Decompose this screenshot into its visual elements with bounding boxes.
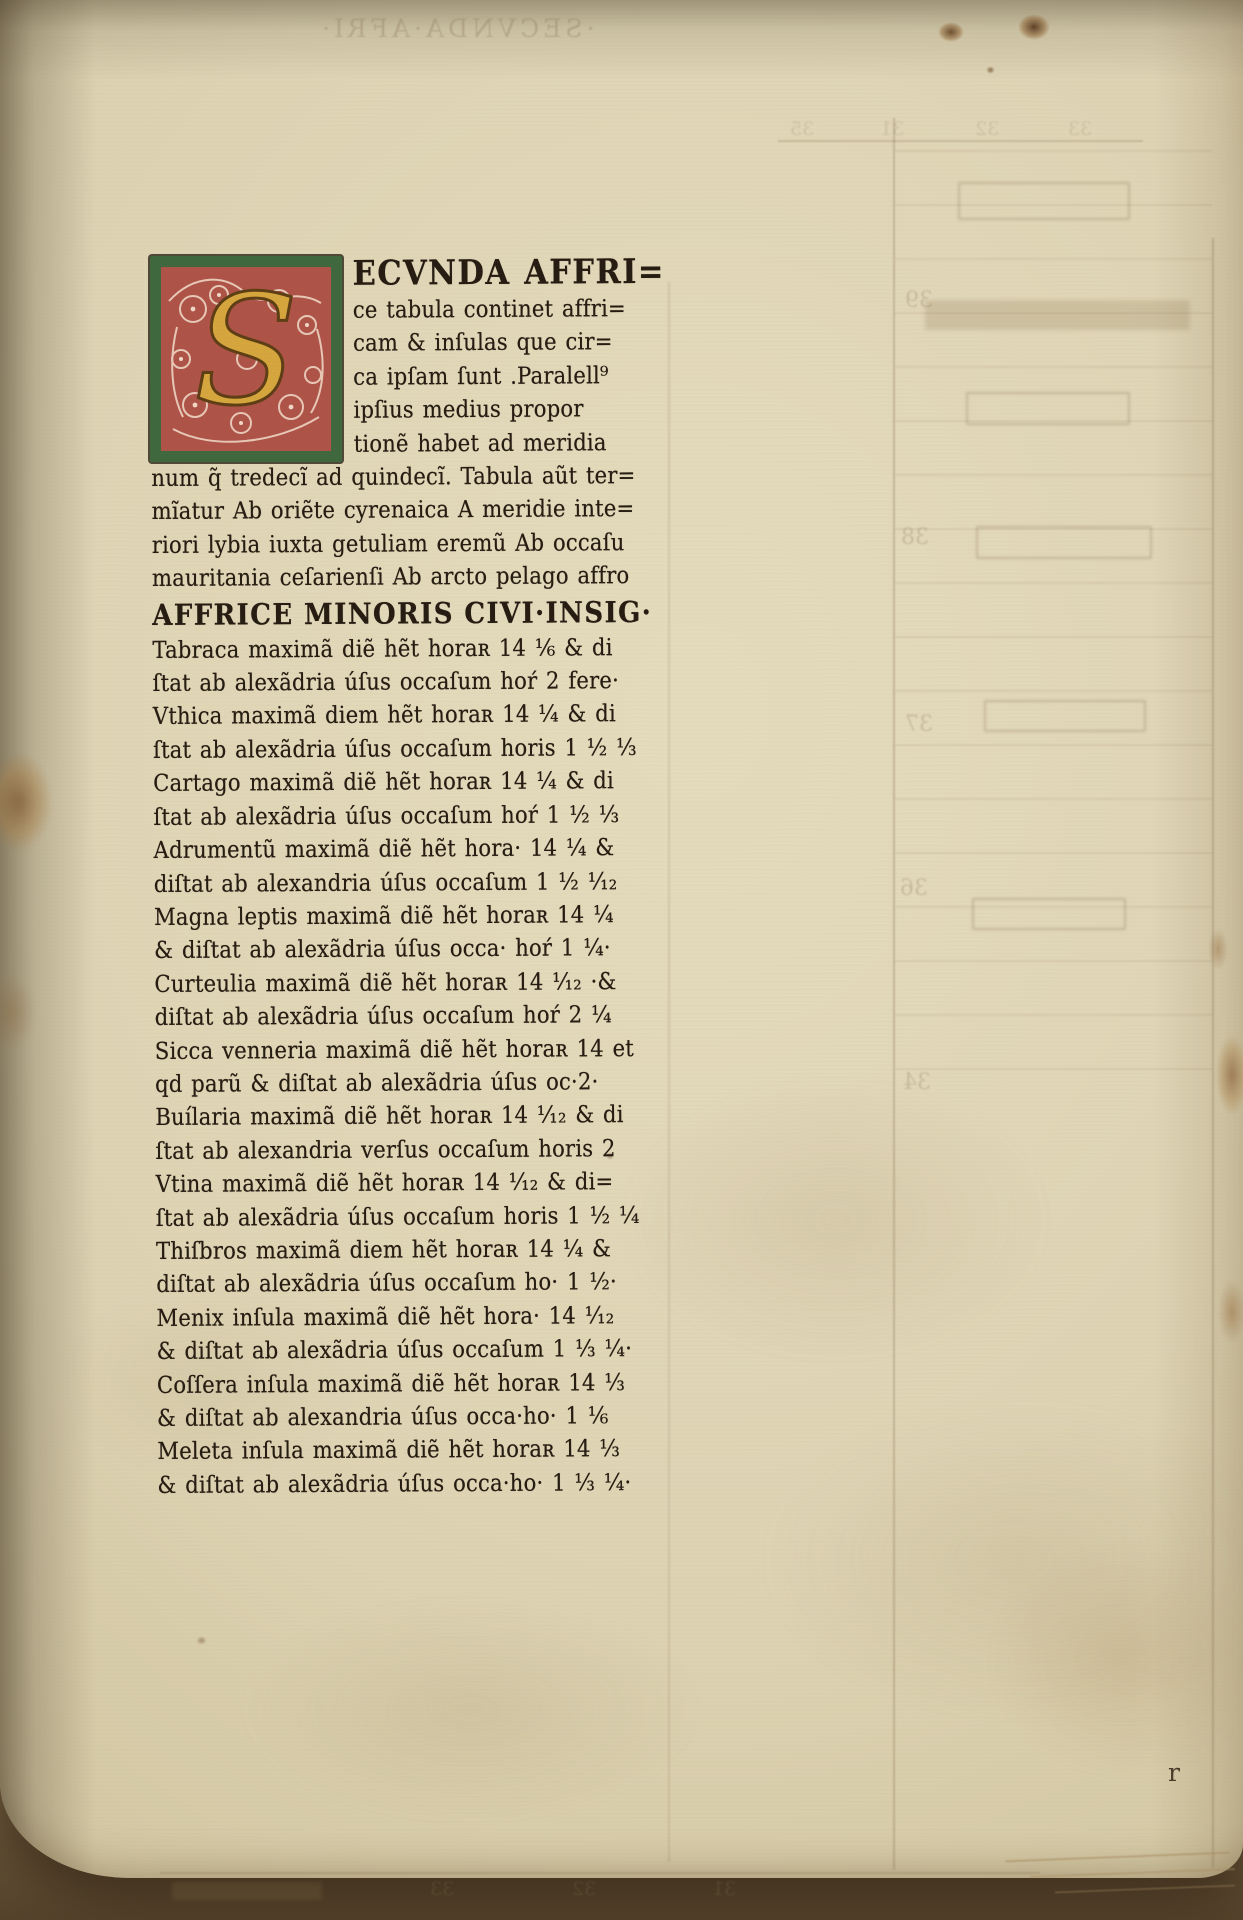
showthrough-number: 31 <box>880 118 904 140</box>
text-line: ſtat ab alexãdria úſus occaſum hoŕ 1 ½ ⅓ <box>153 797 711 834</box>
stain <box>0 752 52 852</box>
text-line: ſtat ab alexãdria úſus occaſum horis 1 ½… <box>153 730 711 767</box>
showthrough-text-band <box>172 1882 322 1900</box>
showthrough-label-box <box>976 526 1152 559</box>
showthrough-number: 35 <box>790 118 814 140</box>
text-line: Thiſbros maximã diem hẽt horaʀ 14 ¼ & <box>156 1232 714 1269</box>
showthrough-table-rows <box>895 150 1212 1110</box>
section-heading: AFFRICE MINORIS CIVI·INSIG· <box>152 593 710 633</box>
stain <box>938 22 964 42</box>
showthrough-table-line <box>893 118 895 1870</box>
stain <box>986 66 995 74</box>
text-line: Vtina maximã diẽ hẽt horaʀ 14 ¹⁄₁₂ & di= <box>156 1165 714 1202</box>
text-line: cam & inſulas que cir= <box>353 325 709 361</box>
text-line: Meleta inſula maximã diẽ hẽt horaʀ 14 ⅓ <box>157 1432 715 1469</box>
stain <box>1218 1280 1243 1344</box>
text-line: & diſtat ab alexandria úſus occa·ho· 1 ⅙ <box>157 1399 715 1436</box>
text-line: ca ipſam ſunt .Paralell⁹ <box>353 358 709 394</box>
stain <box>1216 1035 1243 1115</box>
showthrough-number: 34 <box>903 1070 931 1095</box>
showthrough-number: 32 <box>975 118 999 140</box>
text-line: Menix inſula maximã diẽ hẽt hora· 14 ¹⁄₁… <box>156 1298 714 1335</box>
stain <box>1208 928 1228 970</box>
intro-paragraph-beside-initial: ECVNDA AFFRI= ce tabula continet affri= … <box>352 252 709 461</box>
showthrough-label-box <box>984 700 1146 732</box>
page-fore-edge-line <box>1055 1885 1235 1894</box>
text-line: Sicca venneria maximã diẽ hẽt horaʀ 14 e… <box>155 1031 713 1068</box>
showthrough-label-box <box>966 392 1130 425</box>
text-line: ſtat ab alexandria verſus occaſum horis … <box>155 1131 713 1168</box>
text-line: Vthica maximã diem hẽt horaʀ 14 ¼ & di <box>153 697 711 734</box>
showthrough-table-line <box>1212 238 1214 1868</box>
text-line: ſtat ab alexãdria úſus occaſum hoŕ 2 fer… <box>153 664 711 701</box>
showthrough-bottom-table-line <box>160 1872 1040 1874</box>
city-day-length-list: Tabraca maximã diẽ hẽt horaʀ 14 ⅙ & di ſ… <box>152 630 715 1502</box>
text-line: & diſtat ab alexãdria úſus occaſum 1 ⅓ ¼… <box>157 1332 715 1369</box>
showthrough-number: 37 <box>905 712 933 737</box>
text-line: mĩatur Ab oriẽte cyrenaica A meridie int… <box>151 492 709 529</box>
stain <box>1018 14 1050 40</box>
text-line: & diſtat ab alexãdria úſus occa·ho· 1 ⅓ … <box>157 1465 715 1502</box>
stain <box>0 975 36 1049</box>
text-line: ſtat ab alexãdria úſus occaſum horis 1 ½… <box>156 1198 714 1235</box>
text-line: Cartago maximã diẽ hẽt horaʀ 14 ¼ & di <box>153 764 711 801</box>
showthrough-running-title: ·SECVNDA·AFRI· <box>318 14 594 43</box>
text-line: & diſtat ab alexãdria úſus occa· hoŕ 1 ¼… <box>154 931 712 968</box>
showthrough-number: 33 <box>1068 118 1092 140</box>
text-line: diſtat ab alexãdria úſus occaſum hoŕ 2 ¼ <box>155 998 713 1035</box>
text-line: tionẽ habet ad meridia <box>354 425 710 461</box>
stain <box>196 1636 207 1645</box>
text-line: Adrumentũ maximã diẽ hẽt hora· 14 ¼ & <box>154 831 712 868</box>
text-line: riori lybia iuxta getuliam eremũ Ab occa… <box>152 525 710 562</box>
showthrough-number: 38 <box>901 525 929 550</box>
showthrough-number: 31 <box>712 1878 736 1900</box>
text-line: diſtat ab alexãdria úſus occaſum ho· 1 ½… <box>156 1265 714 1302</box>
stain <box>990 1545 1243 1775</box>
showthrough-text-band <box>925 300 1190 330</box>
showthrough-map-shape <box>760 1400 1243 1720</box>
intro-paragraph-full-width: num q̃ tredecĩ ad quindecĩ. Tabula aũt t… <box>151 459 710 596</box>
showthrough-number: 36 <box>900 876 928 901</box>
text-line: Buílaria maximã diẽ hẽt horaʀ 14 ¹⁄₁₂ & … <box>155 1098 713 1135</box>
text-line: ipſius medius propor <box>353 392 709 428</box>
text-line: Coſſera inſula maximã diẽ hẽt horaʀ 14 ⅓ <box>157 1365 715 1402</box>
text-line: Tabraca maximã diẽ hẽt horaʀ 14 ⅙ & di <box>152 630 710 667</box>
showthrough-map-shape <box>240 1600 700 1820</box>
signature-mark: r <box>1168 1758 1180 1787</box>
showthrough-number: 33 <box>430 1878 454 1900</box>
text-line: mauritania ceſarienſi Ab arcto pelago af… <box>152 559 710 596</box>
text-line: ce tabula continet affri= <box>353 292 709 328</box>
showthrough-number: 32 <box>572 1878 596 1900</box>
text-line: num q̃ tredecĩ ad quindecĩ. Tabula aũt t… <box>151 459 709 496</box>
text-line: Curteulia maximã diẽ hẽt horaʀ 14 ¹⁄₁₂ ·… <box>154 964 712 1001</box>
book-page-photo: ·SECVNDA·AFRI· 35 31 32 33 39 38 37 36 3… <box>0 0 1243 1920</box>
showthrough-number: 39 <box>905 288 933 313</box>
page: ·SECVNDA·AFRI· 35 31 32 33 39 38 37 36 3… <box>0 0 1243 1878</box>
text-line: diſtat ab alexandria úſus occaſum 1 ½ ¹⁄… <box>154 864 712 901</box>
showthrough-label-box <box>972 898 1126 930</box>
showthrough-table-line <box>778 140 1143 142</box>
incipit-line: ECVNDA AFFRI= <box>352 252 708 294</box>
text-column: ECVNDA AFFRI= ce tabula continet affri= … <box>150 252 716 1503</box>
text-line: Magna leptis maximã diẽ hẽt horaʀ 14 ¼ <box>154 897 712 934</box>
showthrough-label-box <box>958 182 1130 220</box>
text-line: qd parũ & diſtat ab alexãdria úſus oc·2· <box>155 1065 713 1102</box>
